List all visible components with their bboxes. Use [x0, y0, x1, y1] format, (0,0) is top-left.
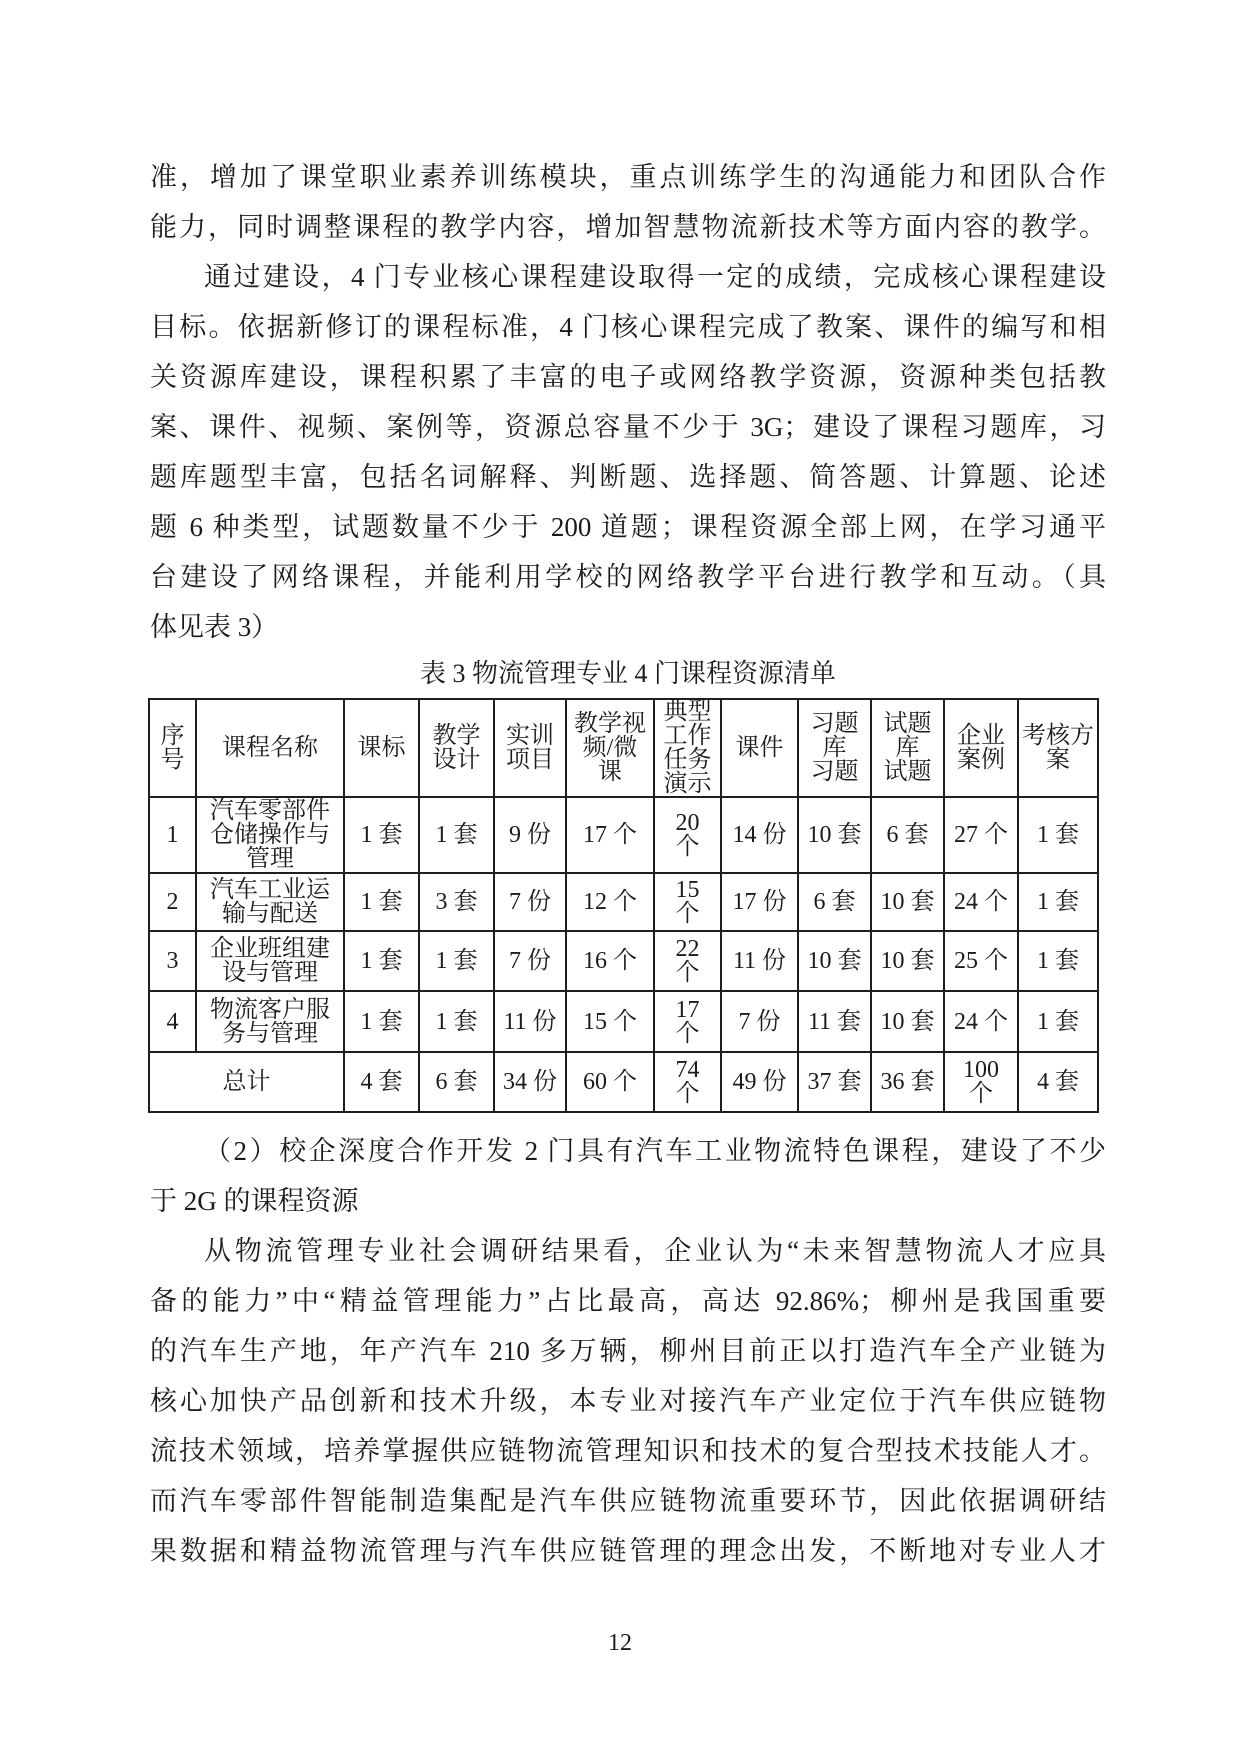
table-cell: 4 套: [344, 1052, 419, 1112]
table-cell: 1 套: [419, 991, 494, 1052]
table-cell: 17 份: [721, 873, 798, 931]
table-cell: 3 套: [419, 873, 494, 931]
table-cell: 6 套: [419, 1052, 494, 1112]
table-cell: 3: [149, 931, 196, 991]
text-line: 题库题型丰富，包括名词解释、判断题、选择题、简答题、计算题、论述: [150, 452, 1106, 502]
table-cell: 22 个: [654, 931, 721, 991]
table-header-cell: 习题库 习题: [798, 699, 871, 797]
table-cell: 1 套: [344, 797, 419, 873]
text-line: （2）校企深度合作开发 2 门具有汽车工业物流特色课程，建设了不少: [150, 1126, 1106, 1176]
table-cell: 物流客户服务与管理: [196, 991, 344, 1052]
paragraph: 准，增加了课堂职业素养训练模块，重点训练学生的沟通能力和团队合作 能力，同时调整…: [150, 152, 1106, 252]
table-row: 1 汽车零部件仓储操作与管理 1 套 1 套 9 份 17 个 20 个 14 …: [149, 797, 1098, 873]
table-cell: 2: [149, 873, 196, 931]
text-line: 备的能力”中“精益管理能力”占比最高，高达 92.86%；柳州是我国重要: [150, 1276, 1106, 1326]
table-header-cell: 序号: [149, 699, 196, 797]
table-row: 3 企业班组建设与管理 1 套 1 套 7 份 16 个 22 个 11 份 1…: [149, 931, 1098, 991]
paragraph: 从物流管理专业社会调研结果看，企业认为“未来智慧物流人才应具 备的能力”中“精益…: [150, 1226, 1106, 1576]
table-cell: 14 份: [721, 797, 798, 873]
table-total-row: 总计 4 套 6 套 34 份 60 个 74 个 49 份 37 套 36 套…: [149, 1052, 1098, 1112]
text-line: 体见表 3）: [150, 602, 1106, 652]
table-total-label: 总计: [149, 1052, 344, 1112]
text-line: 于 2G 的课程资源: [150, 1176, 1106, 1226]
table-cell: 1 套: [419, 797, 494, 873]
text-line: 的汽车生产地，年产汽车 210 多万辆，柳州目前正以打造汽车全产业链为: [150, 1326, 1106, 1376]
text-line: 关资源库建设，课程积累了丰富的电子或网络教学资源，资源种类包括教: [150, 352, 1106, 402]
text-line: 能力，同时调整课程的教学内容，增加智慧物流新技术等方面内容的教学。: [150, 202, 1106, 252]
table-header-cell: 课程名称: [196, 699, 344, 797]
table-cell: 10 套: [871, 991, 944, 1052]
table-cell: 7 份: [721, 991, 798, 1052]
table-header-cell: 试题库 试题: [871, 699, 944, 797]
table-cell: 1 套: [1018, 931, 1098, 991]
table-cell: 1 套: [344, 873, 419, 931]
table-header-cell: 考核方案: [1018, 699, 1098, 797]
text-line: 流技术领域，培养掌握供应链物流管理知识和技术的复合型技术技能人才。: [150, 1426, 1106, 1476]
text-line: 而汽车零部件智能制造集配是汽车供应链物流重要环节，因此依据调研结: [150, 1476, 1106, 1526]
table-cell: 11 份: [494, 991, 566, 1052]
text-line: 台建设了网络课程，并能利用学校的网络教学平台进行教学和互动。（具: [150, 552, 1106, 602]
table-cell: 74 个: [654, 1052, 721, 1112]
table-cell: 15 个: [566, 991, 654, 1052]
table-cell: 6 套: [871, 797, 944, 873]
table-cell: 24 个: [944, 873, 1018, 931]
table-header-cell: 教学设计: [419, 699, 494, 797]
document-page: 准，增加了课堂职业素养训练模块，重点训练学生的沟通能力和团队合作 能力，同时调整…: [0, 0, 1240, 1754]
course-resources-table: 序号 课程名称 课标 教学设计 实训项目 教学视 频/微 课 典型工作任务演示 …: [148, 698, 1099, 1113]
table-cell: 37 套: [798, 1052, 871, 1112]
table-header-cell: 教学视 频/微 课: [566, 699, 654, 797]
table-cell: 60 个: [566, 1052, 654, 1112]
paragraph: 通过建设，4 门专业核心课程建设取得一定的成绩，完成核心课程建设 目标。依据新修…: [150, 252, 1106, 652]
text-line: 准，增加了课堂职业素养训练模块，重点训练学生的沟通能力和团队合作: [150, 152, 1106, 202]
table-cell: 49 份: [721, 1052, 798, 1112]
table-row: 2 汽车工业运输与配送 1 套 3 套 7 份 12 个 15 个 17 份 6…: [149, 873, 1098, 931]
table-cell: 17 个: [566, 797, 654, 873]
table-cell: 汽车零部件仓储操作与管理: [196, 797, 344, 873]
table-cell: 1 套: [419, 931, 494, 991]
table-cell: 20 个: [654, 797, 721, 873]
table-cell: 10 套: [798, 931, 871, 991]
table-cell: 25 个: [944, 931, 1018, 991]
table-cell: 7 份: [494, 931, 566, 991]
text-line: 通过建设，4 门专业核心课程建设取得一定的成绩，完成核心课程建设: [150, 252, 1106, 302]
table-cell: 1 套: [344, 931, 419, 991]
text-line: 题 6 种类型，试题数量不少于 200 道题；课程资源全部上网，在学习通平: [150, 502, 1106, 552]
table-cell: 4 套: [1018, 1052, 1098, 1112]
text-line: 案、课件、视频、案例等，资源总容量不少于 3G；建设了课程习题库，习: [150, 402, 1106, 452]
table-cell: 1 套: [1018, 797, 1098, 873]
text-line: 目标。依据新修订的课程标准，4 门核心课程完成了教案、课件的编写和相: [150, 302, 1106, 352]
table-cell: 4: [149, 991, 196, 1052]
text-line: 从物流管理专业社会调研结果看，企业认为“未来智慧物流人才应具: [150, 1226, 1106, 1276]
table-header-row: 序号 课程名称 课标 教学设计 实训项目 教学视 频/微 课 典型工作任务演示 …: [149, 699, 1098, 797]
text-line: 果数据和精益物流管理与汽车供应链管理的理念出发，不断地对专业人才: [150, 1526, 1106, 1576]
table-cell: 10 套: [871, 873, 944, 931]
table-cell: 汽车工业运输与配送: [196, 873, 344, 931]
table-cell: 17 个: [654, 991, 721, 1052]
table-cell: 36 套: [871, 1052, 944, 1112]
table-header-cell: 课标: [344, 699, 419, 797]
table-header-cell: 实训项目: [494, 699, 566, 797]
table-cell: 1 套: [1018, 991, 1098, 1052]
table-row: 4 物流客户服务与管理 1 套 1 套 11 份 15 个 17 个 7 份 1…: [149, 991, 1098, 1052]
table-cell: 1 套: [1018, 873, 1098, 931]
table-cell: 企业班组建设与管理: [196, 931, 344, 991]
table-cell: 1: [149, 797, 196, 873]
table-cell: 27 个: [944, 797, 1018, 873]
page-number: 12: [0, 1628, 1240, 1658]
table-cell: 100 个: [944, 1052, 1018, 1112]
table-cell: 7 份: [494, 873, 566, 931]
paragraph: （2）校企深度合作开发 2 门具有汽车工业物流特色课程，建设了不少 于 2G 的…: [150, 1126, 1106, 1226]
table-caption: 表 3 物流管理专业 4 门课程资源清单: [150, 650, 1106, 698]
table-header-cell: 典型工作任务演示: [654, 699, 721, 797]
table-cell: 24 个: [944, 991, 1018, 1052]
table-header-cell: 企业案例: [944, 699, 1018, 797]
table-cell: 1 套: [344, 991, 419, 1052]
table-cell: 10 套: [798, 797, 871, 873]
table-cell: 10 套: [871, 931, 944, 991]
table-header-cell: 课件: [721, 699, 798, 797]
text-line: 核心加快产品创新和技术升级，本专业对接汽车产业定位于汽车供应链物: [150, 1376, 1106, 1426]
table-cell: 11 份: [721, 931, 798, 991]
table-cell: 16 个: [566, 931, 654, 991]
table-cell: 6 套: [798, 873, 871, 931]
table-cell: 9 份: [494, 797, 566, 873]
table-cell: 12 个: [566, 873, 654, 931]
table-cell: 15 个: [654, 873, 721, 931]
table-cell: 11 套: [798, 991, 871, 1052]
table-cell: 34 份: [494, 1052, 566, 1112]
